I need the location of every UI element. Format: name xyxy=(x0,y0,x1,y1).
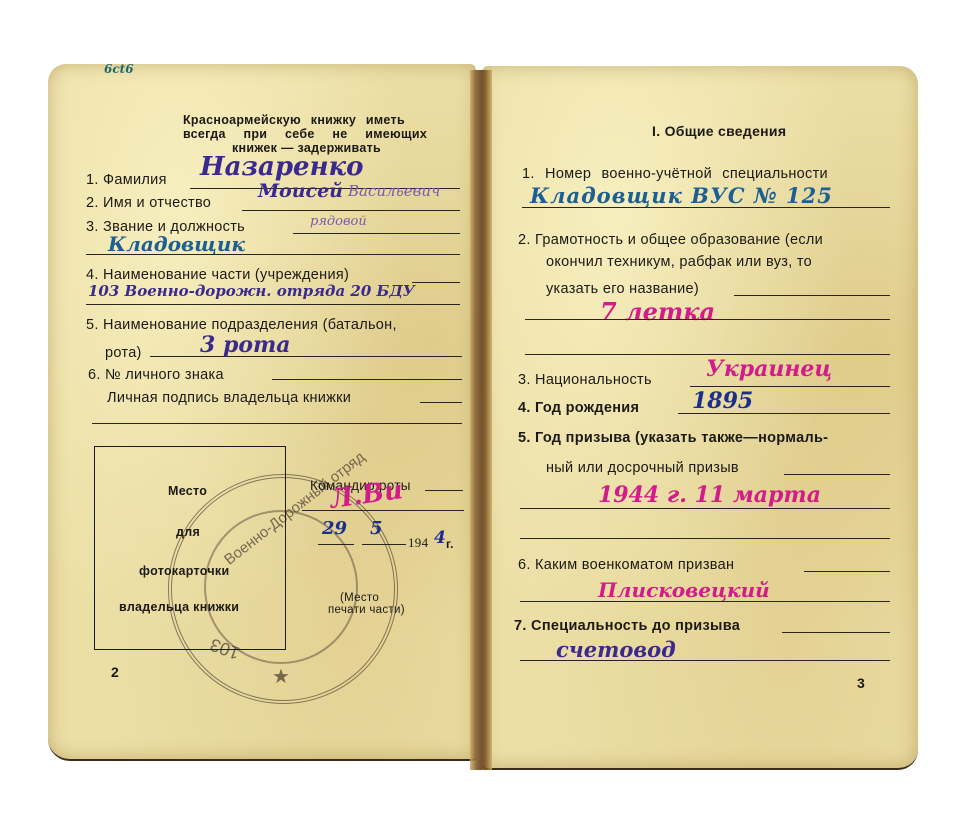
owner-signature-line-1 xyxy=(420,402,462,403)
r-field-1-line xyxy=(522,207,890,208)
date-month-line xyxy=(362,544,406,545)
r-field-2-label-3: указать его название) xyxy=(546,281,699,297)
owner-signature-line-2 xyxy=(92,423,462,424)
r-field-5-line-2 xyxy=(520,508,890,509)
photo-box-line-4: владельца книжки xyxy=(119,600,239,614)
photo-box-line-1: Место xyxy=(168,484,207,498)
r-field-5-line-3 xyxy=(520,538,890,539)
corner-note: 6ct6 xyxy=(104,62,134,76)
commander-line-1 xyxy=(425,490,463,491)
star-icon: ★ xyxy=(272,664,290,689)
section-title: I. Общие сведения xyxy=(652,123,786,139)
r-field-1-label: 1. Номер военно-учётной специальности xyxy=(522,166,828,182)
field-3-rank: рядовой xyxy=(310,214,367,229)
r-field-2-value: 7 летка xyxy=(600,297,715,326)
photo-placeholder-box xyxy=(94,446,286,650)
r-field-6-line-2 xyxy=(520,601,890,602)
date-year-prefix: 194 xyxy=(408,535,428,551)
r-field-3-line xyxy=(690,386,890,387)
r-field-4-label: 4. Год рождения xyxy=(518,400,639,416)
photo-box-line-3: фотокарточки xyxy=(139,564,229,578)
date-month: 5 xyxy=(370,518,383,539)
r-field-3-value: Украинец xyxy=(706,356,832,382)
r-field-5-label-2: ный или досрочный призыв xyxy=(546,460,739,476)
page-number-right: 3 xyxy=(857,675,865,691)
r-field-2-line-1 xyxy=(734,295,890,296)
r-field-2-label: 2. Грамотность и общее образование (если xyxy=(518,232,823,248)
r-field-5-label: 5. Год призыва (указать также—нормаль- xyxy=(518,430,828,446)
date-day-line xyxy=(318,544,354,545)
seal-place-label-2: печати части) xyxy=(328,604,405,616)
field-4-label: 4. Наименование части (учреждения) xyxy=(86,267,349,283)
r-field-4-value: 1895 xyxy=(692,388,753,414)
commander-signature-line xyxy=(302,510,464,511)
r-field-2-line-2 xyxy=(525,319,890,320)
field-1-value: Назаренко xyxy=(200,152,363,182)
field-3-line-2 xyxy=(86,254,460,255)
field-2-line xyxy=(242,210,460,211)
field-6-line xyxy=(272,379,462,380)
field-1-label: 1. Фамилия xyxy=(86,172,167,188)
r-field-6-label: 6. Каким военкоматом призван xyxy=(518,557,734,573)
field-6-label: 6. № личного знака xyxy=(88,367,224,383)
field-2-value-2: Васильевич xyxy=(348,182,440,200)
field-4-line-1 xyxy=(412,282,460,283)
field-5-line xyxy=(150,356,462,357)
header-line-2: всегда при себе не имеющих xyxy=(183,127,427,141)
photo-box-line-2: для xyxy=(176,525,200,539)
field-2-label: 2. Имя и отчество xyxy=(86,195,211,211)
r-field-7-line-2 xyxy=(520,660,890,661)
field-4-value: 103 Военно-дорожн. отряда 20 БДУ xyxy=(88,282,415,300)
date-day: 29 xyxy=(322,518,347,539)
header-line-1: Красноармейскую книжку иметь xyxy=(183,113,405,127)
r-field-5-value: 1944 г. 11 марта xyxy=(598,482,821,508)
seal-place-label-1: (Место xyxy=(340,592,379,604)
r-field-7-label: 7. Специальность до призыва xyxy=(514,618,740,634)
field-2-value-1: Моисей xyxy=(258,180,343,202)
r-field-7-value: счетовод xyxy=(556,637,676,662)
field-3-line-1 xyxy=(293,233,460,234)
field-3-post: Кладовщик xyxy=(108,232,245,256)
field-5-label-2: рота) xyxy=(105,345,142,361)
open-service-book: 6ct6 Красноармейскую книжку иметь всегда… xyxy=(0,0,971,823)
date-year-suffix: 4 xyxy=(434,528,446,548)
r-field-6-value: Плисковецкий xyxy=(598,578,770,602)
page-number-left: 2 xyxy=(111,664,119,680)
field-5-value: 3 рота xyxy=(200,332,291,358)
date-year-unit: г. xyxy=(446,537,454,551)
field-4-line-2 xyxy=(86,304,460,305)
owner-signature-label: Личная подпись владельца книжки xyxy=(107,390,351,406)
r-field-7-line-1 xyxy=(782,632,890,633)
r-field-5-line-1 xyxy=(784,474,890,475)
book-spine xyxy=(470,70,492,770)
r-field-6-line-1 xyxy=(804,571,890,572)
r-field-3-label: 3. Национальность xyxy=(518,372,652,388)
r-field-2-line-3 xyxy=(525,354,890,355)
r-field-1-value: Кладовщик ВУС № 125 xyxy=(530,183,833,208)
field-5-label: 5. Наименование подразделения (батальон, xyxy=(86,317,397,333)
r-field-2-label-2: окончил техникум, рабфак или вуз, то xyxy=(546,254,812,270)
